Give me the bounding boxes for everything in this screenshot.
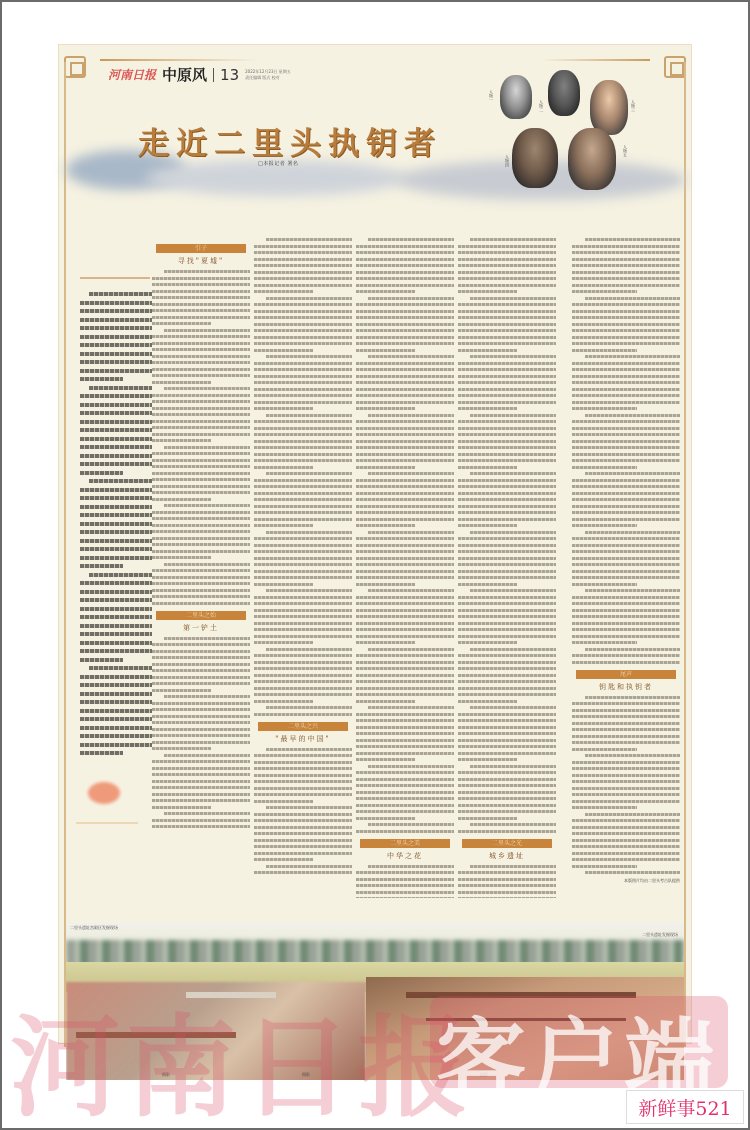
portrait-label: 人物五	[622, 145, 628, 157]
text-column-4: 二里头之光 城乡遗址	[458, 238, 556, 898]
decorative-rule	[540, 59, 650, 61]
corner-ornament-icon	[664, 56, 686, 78]
text-column-5: 尾声 钥匙和执钥者 本版图片均由二里头考古队提供	[572, 238, 680, 908]
corner-ornament-icon	[64, 56, 86, 78]
portrait-photo	[500, 75, 532, 119]
portrait-photo	[512, 128, 558, 188]
lead-rule	[80, 277, 150, 279]
article-byline: □本报记者 署名	[258, 160, 298, 167]
section-name: 中原风	[162, 64, 207, 85]
body-text	[254, 238, 352, 716]
section-subtitle: 城乡遗址	[462, 851, 552, 861]
body-text	[458, 238, 556, 833]
text-column-3: 二里头之美 中华之花	[356, 238, 454, 898]
section-tag: 引子	[156, 244, 246, 253]
section-header: 引子 寻找"夏墟"	[156, 244, 246, 266]
body-text	[356, 238, 454, 833]
page-number: 13	[220, 66, 239, 84]
portrait-photo	[568, 128, 616, 190]
section-header: 二里头之兴 "最早的中国"	[258, 722, 348, 744]
portrait-label: 人物一	[488, 90, 494, 102]
body-text	[356, 865, 454, 899]
masthead: 河南日报 中原风 13 2022年12月23日 星期五 责任编辑 版式 校对	[108, 64, 291, 85]
body-text	[458, 865, 556, 899]
section-subtitle: "最早的中国"	[258, 734, 348, 744]
issue-meta: 2022年12月23日 星期五 责任编辑 版式 校对	[245, 69, 291, 81]
source-badge: 新鲜事521	[626, 1090, 744, 1124]
watermark-box: 客户端	[430, 996, 728, 1088]
divider	[213, 68, 214, 82]
section-tag: 二里头之光	[462, 839, 552, 848]
section-header: 二里头之美 中华之花	[360, 839, 450, 861]
issue-date: 2022年12月23日 星期五	[245, 69, 291, 75]
photo-caption: 二里头遗址宫殿区发掘现场	[70, 925, 118, 931]
portrait-label: 人物三	[630, 100, 636, 112]
portrait-photo	[590, 80, 628, 135]
decorative-rule	[100, 59, 260, 61]
seal-stamp-icon	[88, 782, 120, 804]
photo-credit: 本版图片均由二里头考古队提供	[572, 878, 680, 884]
lead-rule	[76, 822, 138, 824]
newspaper-logo: 河南日报	[108, 66, 156, 83]
section-subtitle: 中华之花	[360, 851, 450, 861]
body-text	[572, 696, 680, 875]
page-border-left	[64, 62, 66, 1047]
page-border-right	[684, 62, 686, 1047]
section-tag: 尾声	[576, 670, 675, 679]
issue-editors: 责任编辑 版式 校对	[245, 75, 291, 81]
section-tag: 二里头之美	[360, 839, 450, 848]
article-title: 走近二里头执钥者	[138, 118, 442, 163]
section-tag: 二里头之始	[156, 611, 246, 620]
section-tag: 二里头之兴	[258, 722, 348, 731]
body-text	[572, 238, 680, 664]
section-header: 二里头之光 城乡遗址	[462, 839, 552, 861]
lead-paragraph	[80, 292, 152, 760]
watermark-text: 河南日报	[10, 980, 474, 1130]
portrait-label: 人物四	[504, 155, 510, 167]
portrait-label: 人物二	[538, 100, 544, 112]
body-text	[254, 748, 352, 875]
section-header: 二里头之始 第一铲土	[156, 611, 246, 633]
section-subtitle: 钥匙和执钥者	[576, 682, 675, 692]
section-header: 尾声 钥匙和执钥者	[576, 670, 675, 692]
section-subtitle: 寻找"夏墟"	[156, 256, 246, 266]
text-column-1: 引子 寻找"夏墟" 二里头之始 第一铲土	[152, 238, 250, 898]
body-text	[152, 270, 250, 605]
portrait-photo	[548, 70, 580, 116]
text-column-2: 二里头之兴 "最早的中国"	[254, 238, 352, 898]
body-text	[152, 637, 250, 829]
section-subtitle: 第一铲土	[156, 623, 246, 633]
photo-caption: 二里头遗址发掘现场	[642, 932, 678, 938]
